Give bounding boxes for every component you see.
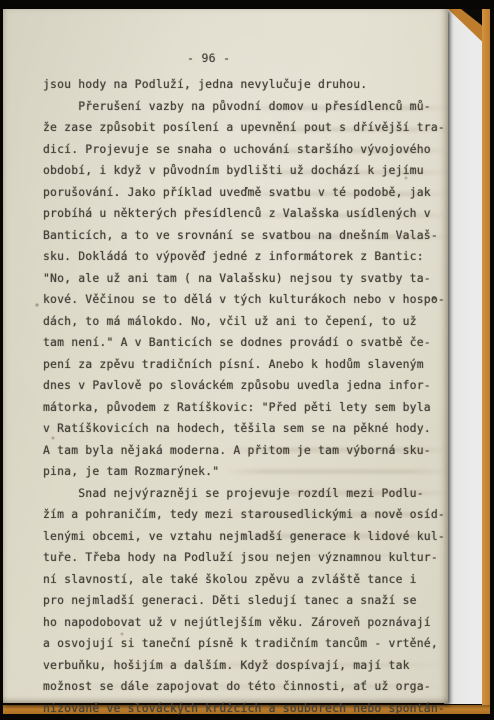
scan-top-edge	[0, 0, 494, 9]
page-body-text: jsou hody na Podluží, jedna nevylučuje d…	[43, 74, 447, 719]
scanned-page: - 96 - jsou hody na Podluží, jedna nevyl…	[3, 9, 448, 703]
page-number: - 96 -	[187, 48, 230, 70]
book-cover-right-edge	[482, 9, 490, 720]
paper-specks	[3, 9, 5, 11]
scan-right-edge	[490, 0, 494, 720]
